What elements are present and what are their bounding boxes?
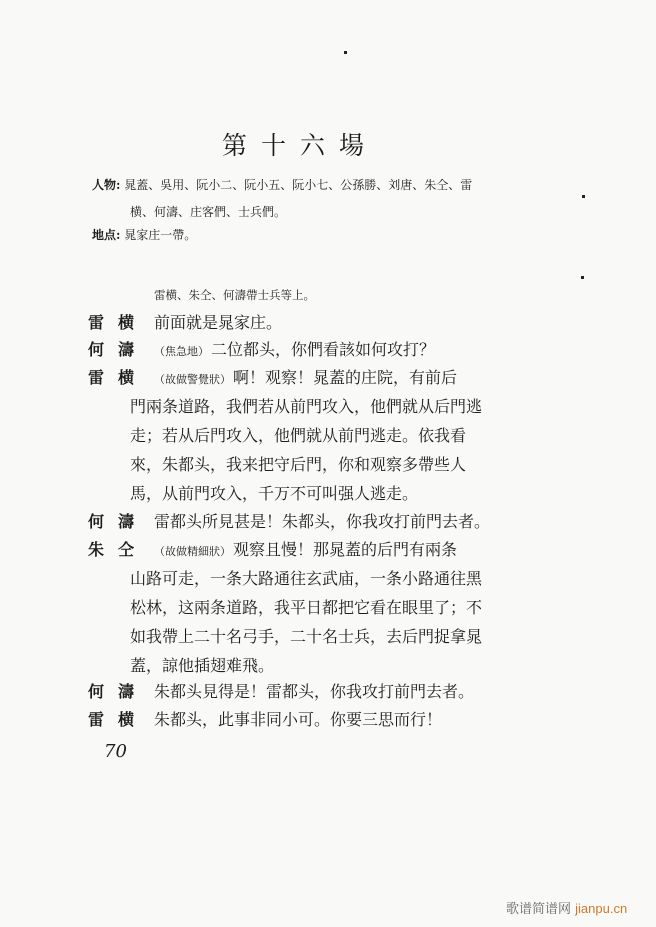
dialogue-continuation: 來，朱都头，我来把守后門，你和观察多帶些人 xyxy=(130,455,466,475)
speaker-name: 何濤 xyxy=(88,512,154,532)
acting-direction: （焦急地） xyxy=(154,345,209,358)
dialogue-line: 何濤（焦急地）二位都头，你們看該如何攻打？ xyxy=(88,340,435,362)
dialogue-line: 雷横前面就是晁家庄。 xyxy=(88,313,282,333)
dialogue-continuation: 馬，从前門攻入，千万不可叫强人逃走。 xyxy=(130,484,418,504)
dialogue-line: 朱仝（故做精細狀）观察且慢！那晁蓋的后門有兩条 xyxy=(88,540,457,562)
characters-line-1: 晁蓋、吳用、阮小二、阮小五、阮小七、公孫勝、刘唐、朱仝、雷 xyxy=(124,178,472,192)
speaker-name: 朱仝 xyxy=(88,540,154,560)
characters-list: 人物: 晁蓋、吳用、阮小二、阮小五、阮小七、公孫勝、刘唐、朱仝、雷 xyxy=(92,178,472,193)
characters-label: 人物: xyxy=(92,178,120,192)
dialogue-continuation: 山路可走，一条大路通往玄武庙，一条小路通往黑 xyxy=(130,569,482,589)
speaker-name: 何濤 xyxy=(88,682,154,702)
book-page: 第十六場 人物: 晁蓋、吳用、阮小二、阮小五、阮小七、公孫勝、刘唐、朱仝、雷 横… xyxy=(0,0,656,927)
acting-direction: （故做精細狀） xyxy=(154,545,231,558)
speaker-name: 何濤 xyxy=(88,340,154,360)
print-speck xyxy=(344,51,347,54)
characters-line-2: 横、何濤、庄客們、士兵們。 xyxy=(130,203,286,220)
print-speck xyxy=(581,276,584,279)
dialogue-text: 前面就是晁家庄。 xyxy=(154,313,282,332)
dialogue-text: 啊！观察！晁蓋的庄院，有前后 xyxy=(233,368,457,387)
dialogue-line: 何濤雷都头所見甚是！朱都头，你我攻打前門去者。 xyxy=(88,512,490,532)
dialogue-continuation: 走；若从后門攻入，他們就从前門逃走。依我看 xyxy=(130,426,466,446)
speaker-name: 雷横 xyxy=(88,313,154,333)
stage-direction: 雷横、朱仝、何濤帶士兵等上。 xyxy=(154,287,315,303)
location-value: 晁家庄一帶。 xyxy=(124,228,196,242)
location-label: 地点: xyxy=(92,228,120,242)
dialogue-line: 何濤朱都头見得是！雷都头，你我攻打前門去者。 xyxy=(88,682,474,702)
dialogue-text: 朱都头見得是！雷都头，你我攻打前門去者。 xyxy=(154,682,474,701)
dialogue-text: 观察且慢！那晁蓋的后門有兩条 xyxy=(233,540,457,559)
speaker-name: 雷横 xyxy=(88,710,154,730)
page-number: 70 xyxy=(104,741,127,762)
dialogue-line: 雷横（故做警覺狀）啊！观察！晁蓋的庄院，有前后 xyxy=(88,368,457,390)
acting-direction: （故做警覺狀） xyxy=(154,373,231,386)
watermark-text: 歌谱简谱网 xyxy=(506,902,571,917)
speaker-name: 雷横 xyxy=(88,368,154,388)
dialogue-text: 雷都头所見甚是！朱都头，你我攻打前門去者。 xyxy=(154,512,490,531)
dialogue-text: 二位都头，你們看該如何攻打？ xyxy=(211,340,435,359)
scene-title: 第十六場 xyxy=(200,126,400,162)
dialogue-text: 朱都头，此事非同小可。你要三思而行！ xyxy=(154,710,442,729)
dialogue-continuation: 門兩条道路，我們若从前門攻入，他們就从后門逃 xyxy=(130,397,482,417)
dialogue-continuation: 蓋，諒他插翅难飛。 xyxy=(130,656,274,676)
watermark-url: jianpu.cn xyxy=(575,901,627,916)
watermark: 歌谱简谱网 jianpu.cn xyxy=(506,898,627,917)
dialogue-continuation: 松林，这兩条道路，我平日都把它看在眼里了；不 xyxy=(130,598,482,618)
location: 地点: 晁家庄一帶。 xyxy=(92,228,196,243)
dialogue-continuation: 如我帶上二十名弓手，二十名士兵，去后門捉拿晁 xyxy=(130,627,482,647)
print-speck xyxy=(582,195,585,198)
dialogue-line: 雷横朱都头，此事非同小可。你要三思而行！ xyxy=(88,710,442,730)
